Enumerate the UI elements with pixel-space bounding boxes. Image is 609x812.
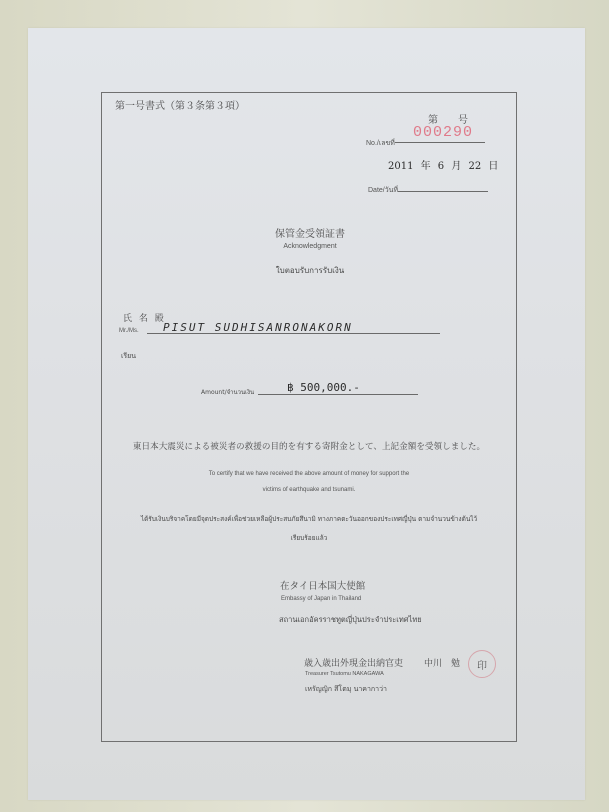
recipient-underline — [147, 333, 440, 334]
statement-en-line2: victims of earthquake and tsunami. — [101, 487, 517, 493]
form-label: 第一号書式（第３条第３項） — [115, 97, 245, 112]
no-label: No./เลขที่ — [366, 138, 395, 149]
signatory-jp-name: 中川 勉 — [424, 656, 460, 669]
receipt-number: 000290 — [413, 124, 473, 141]
statement-en-line1: To certify that we have received the abo… — [101, 471, 517, 477]
statement-th-line1: ได้รับเงินบริจาคโดยมีจุดประสงค์เพื่อช่วย… — [101, 514, 517, 524]
recipient-prefix-label: Mr./Ms. — [119, 328, 139, 334]
issuer-th: สถานเอกอัครราชทูตญี่ปุ่นประจำประเทศไทย — [279, 614, 422, 626]
title-en: Acknowledgment — [220, 243, 400, 250]
number-underline — [395, 142, 485, 143]
amount-underline — [258, 394, 418, 395]
official-seal: 印 — [468, 650, 496, 678]
title-jp: 保管金受領証書 — [220, 225, 400, 240]
statement-th-line2: เรียบร้อยแล้ว — [101, 533, 517, 543]
seal-glyph: 印 — [477, 657, 487, 672]
recipient-th-label: เรียน — [121, 351, 136, 362]
signatory-th: เหรัญญิก สึโตมุ นาคากาว่า — [305, 684, 387, 695]
date-label: Date/วันที่ — [368, 185, 398, 196]
issuer-en: Embassy of Japan in Thailand — [281, 596, 361, 602]
amount-value: ฿ 500,000.- — [287, 381, 360, 394]
date-underline — [398, 191, 488, 192]
statement-jp: 東日本大震災による被災者の救援の目的を有する寄附金として、上記金額を受領しました… — [101, 440, 517, 452]
amount-label: Amount/จำนวนเงิน — [201, 387, 254, 397]
form-border — [101, 92, 517, 742]
signatory-jp-title: 歳入歳出外現金出納官吏 — [304, 656, 403, 669]
signatory-en: Treasurer Tsutomu NAKAGAWA — [305, 671, 384, 677]
title-th: ใบตอบรับการรับเงิน — [220, 264, 400, 277]
issuer-jp: 在タイ日本国大使館 — [280, 578, 365, 592]
date-jp: 2011 年 6 月 22 日 — [388, 157, 498, 172]
recipient-jp-label: 氏 名 殿 — [123, 311, 166, 324]
